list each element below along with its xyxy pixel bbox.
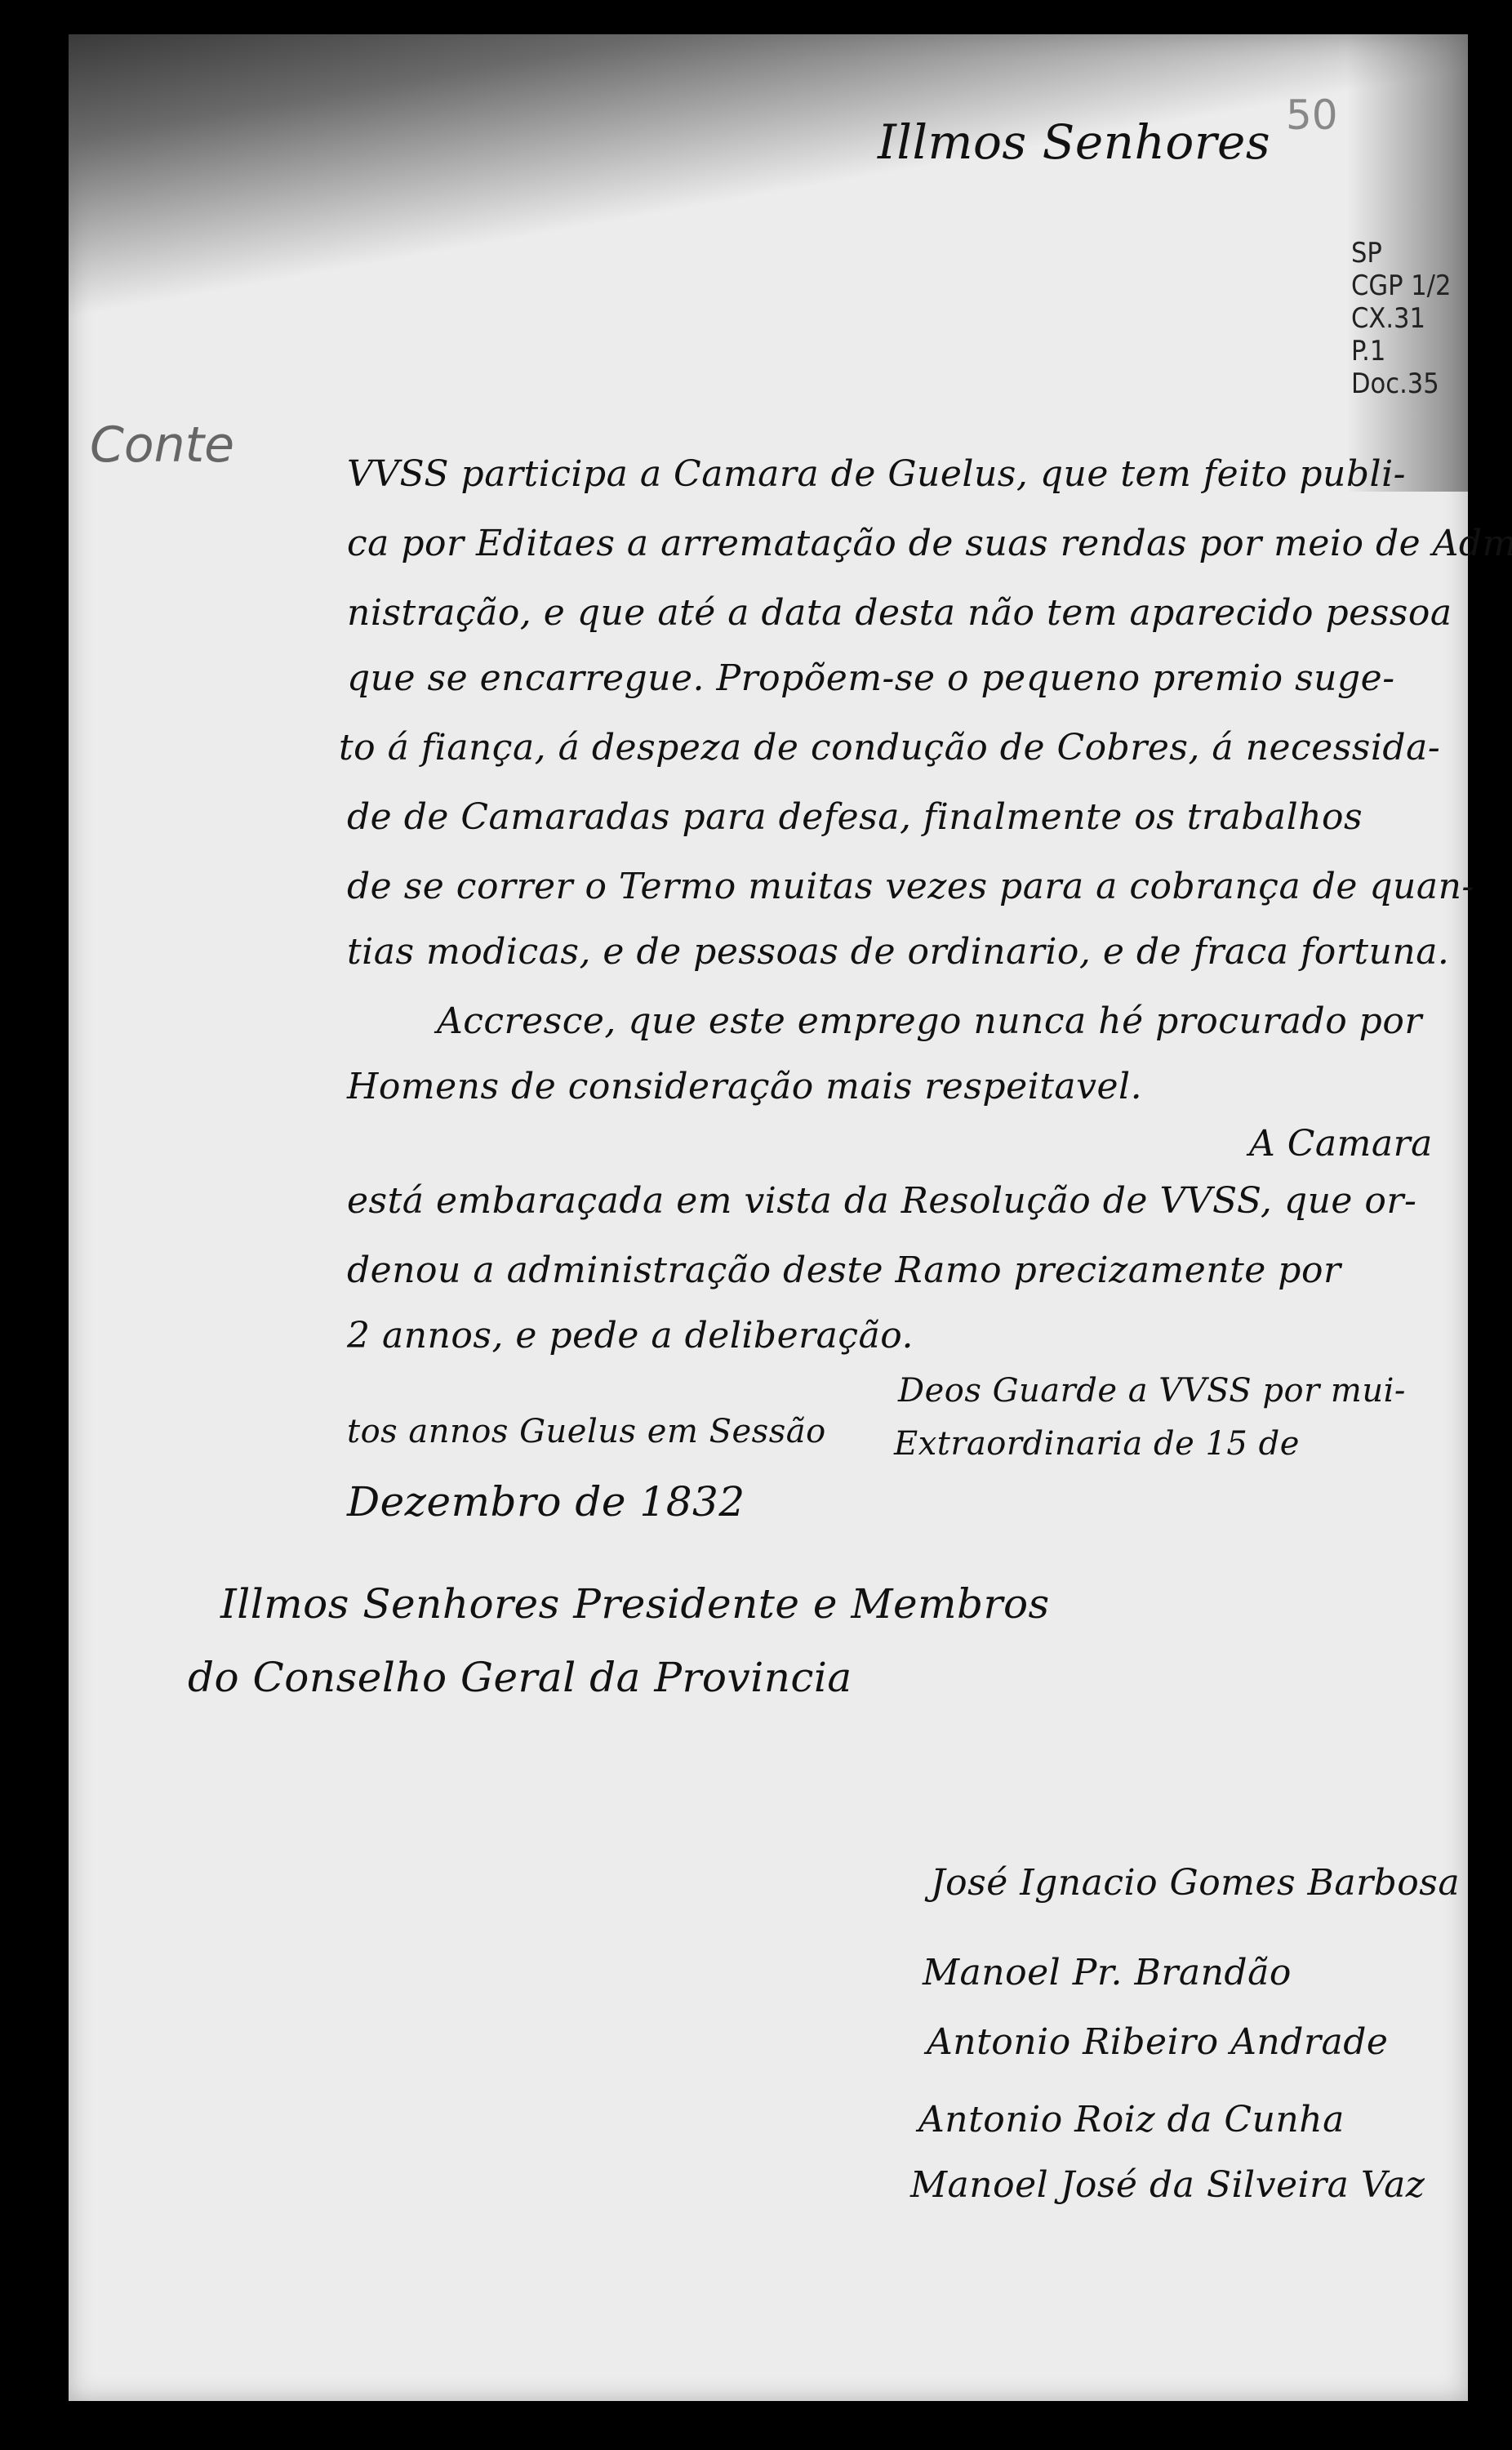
- body-line: A Camara: [1249, 1123, 1433, 1165]
- body-line: de de Camaradas para defesa, finalmente …: [347, 796, 1363, 838]
- closing-left-line: tos annos Guelus em Sessão: [347, 1413, 826, 1450]
- signature: Manoel José da Silveira Vaz: [910, 2164, 1425, 2206]
- archive-reference: SP CGP 1/2 CX.31 P.1 Doc.35: [1351, 237, 1451, 400]
- body-line: Homens de consideração mais respeitavel.: [347, 1066, 1142, 1107]
- archive-ref-line: SP: [1351, 237, 1451, 269]
- archive-ref-line: CGP 1/2: [1351, 269, 1451, 302]
- closing-right-line: Extraordinaria de 15 de: [894, 1425, 1300, 1463]
- body-line: que se encarregue. Propõem-se o pequeno …: [347, 657, 1395, 699]
- archive-ref-line: P.1: [1351, 335, 1451, 367]
- body-line: de se correr o Termo muitas vezes para a…: [347, 866, 1474, 907]
- closing-date: Dezembro de 1832: [347, 1478, 745, 1526]
- body-line: Accresce, que este emprego nunca hé proc…: [437, 1000, 1422, 1042]
- body-line: nistração, e que até a data desta não te…: [347, 592, 1452, 634]
- archive-ref-line: Doc.35: [1351, 367, 1451, 400]
- margin-note: Conte: [90, 416, 234, 474]
- archive-ref-line: CX.31: [1351, 302, 1451, 335]
- closing-right-line: Deos Guarde a VVSS por mui-: [898, 1372, 1406, 1410]
- addressee-line: Illmos Senhores Presidente e Membros: [220, 1580, 1050, 1628]
- signature: Antonio Roiz da Cunha: [918, 2099, 1345, 2140]
- signature: Antonio Ribeiro Andrade: [927, 2021, 1388, 2063]
- body-line: tias modicas, e de pessoas de ordinario,…: [347, 931, 1449, 973]
- body-line: 2 annos, e pede a deliberação.: [347, 1315, 914, 1356]
- signature: José Ignacio Gomes Barbosa: [931, 1862, 1460, 1904]
- body-line: to á fiança, á despeza de condução de Co…: [339, 727, 1440, 768]
- addressee-line: do Conselho Geral da Provincia: [188, 1654, 852, 1701]
- salutation: Illmos Senhores: [878, 114, 1270, 170]
- body-line: está embaraçada em vista da Resolução de…: [347, 1180, 1416, 1222]
- body-line: denou a administração deste Ramo preciza…: [347, 1249, 1341, 1291]
- page-number: 50: [1286, 91, 1338, 139]
- body-line: ca por Editaes a arrematação de suas ren…: [347, 523, 1512, 564]
- signature: Manoel Pr. Brandão: [923, 1952, 1292, 1993]
- body-line: VVSS participa a Camara de Guelus, que t…: [347, 453, 1406, 495]
